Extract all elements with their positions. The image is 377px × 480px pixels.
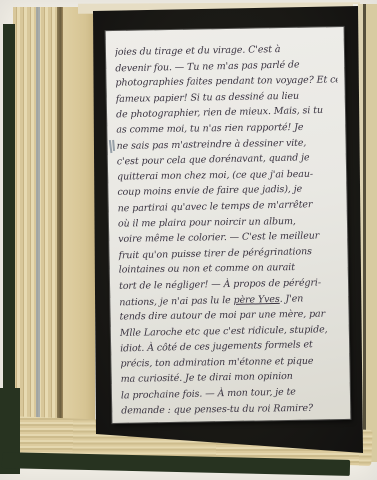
letter-line: tends dire autour de moi par une mère, p… xyxy=(119,307,341,326)
book-cover-edge-left xyxy=(3,24,15,448)
bookmark-ribbon-edge xyxy=(36,7,40,439)
letter-line: demande : que penses-tu du roi Ramire? xyxy=(121,400,343,419)
letter-line: quitterai mon chez moi, (ce que j'ai bea… xyxy=(117,166,339,185)
letter-line: précis, ton admiration m'étonne et pique xyxy=(120,353,342,372)
album-photograph: joies du tirage et du virage. C'est à de… xyxy=(0,0,377,480)
pencil-margin-mark xyxy=(109,140,116,154)
letter-line-segment: nations, je n'ai pas lu le xyxy=(119,294,233,307)
letter-text: joies du tirage et du virage. C'est à de… xyxy=(115,41,343,419)
underlined-phrase: père Yves xyxy=(233,293,279,305)
letter-line: as comme moi, tu n'as rien rapporté! Je xyxy=(116,119,338,138)
letter-line: où il me plaira pour noircir un album, xyxy=(118,213,340,232)
book-left-page-edge-2 xyxy=(63,7,95,441)
handwritten-letter: joies du tirage et du virage. C'est à de… xyxy=(106,27,351,423)
letter-line-segment: . J'en xyxy=(280,293,304,305)
